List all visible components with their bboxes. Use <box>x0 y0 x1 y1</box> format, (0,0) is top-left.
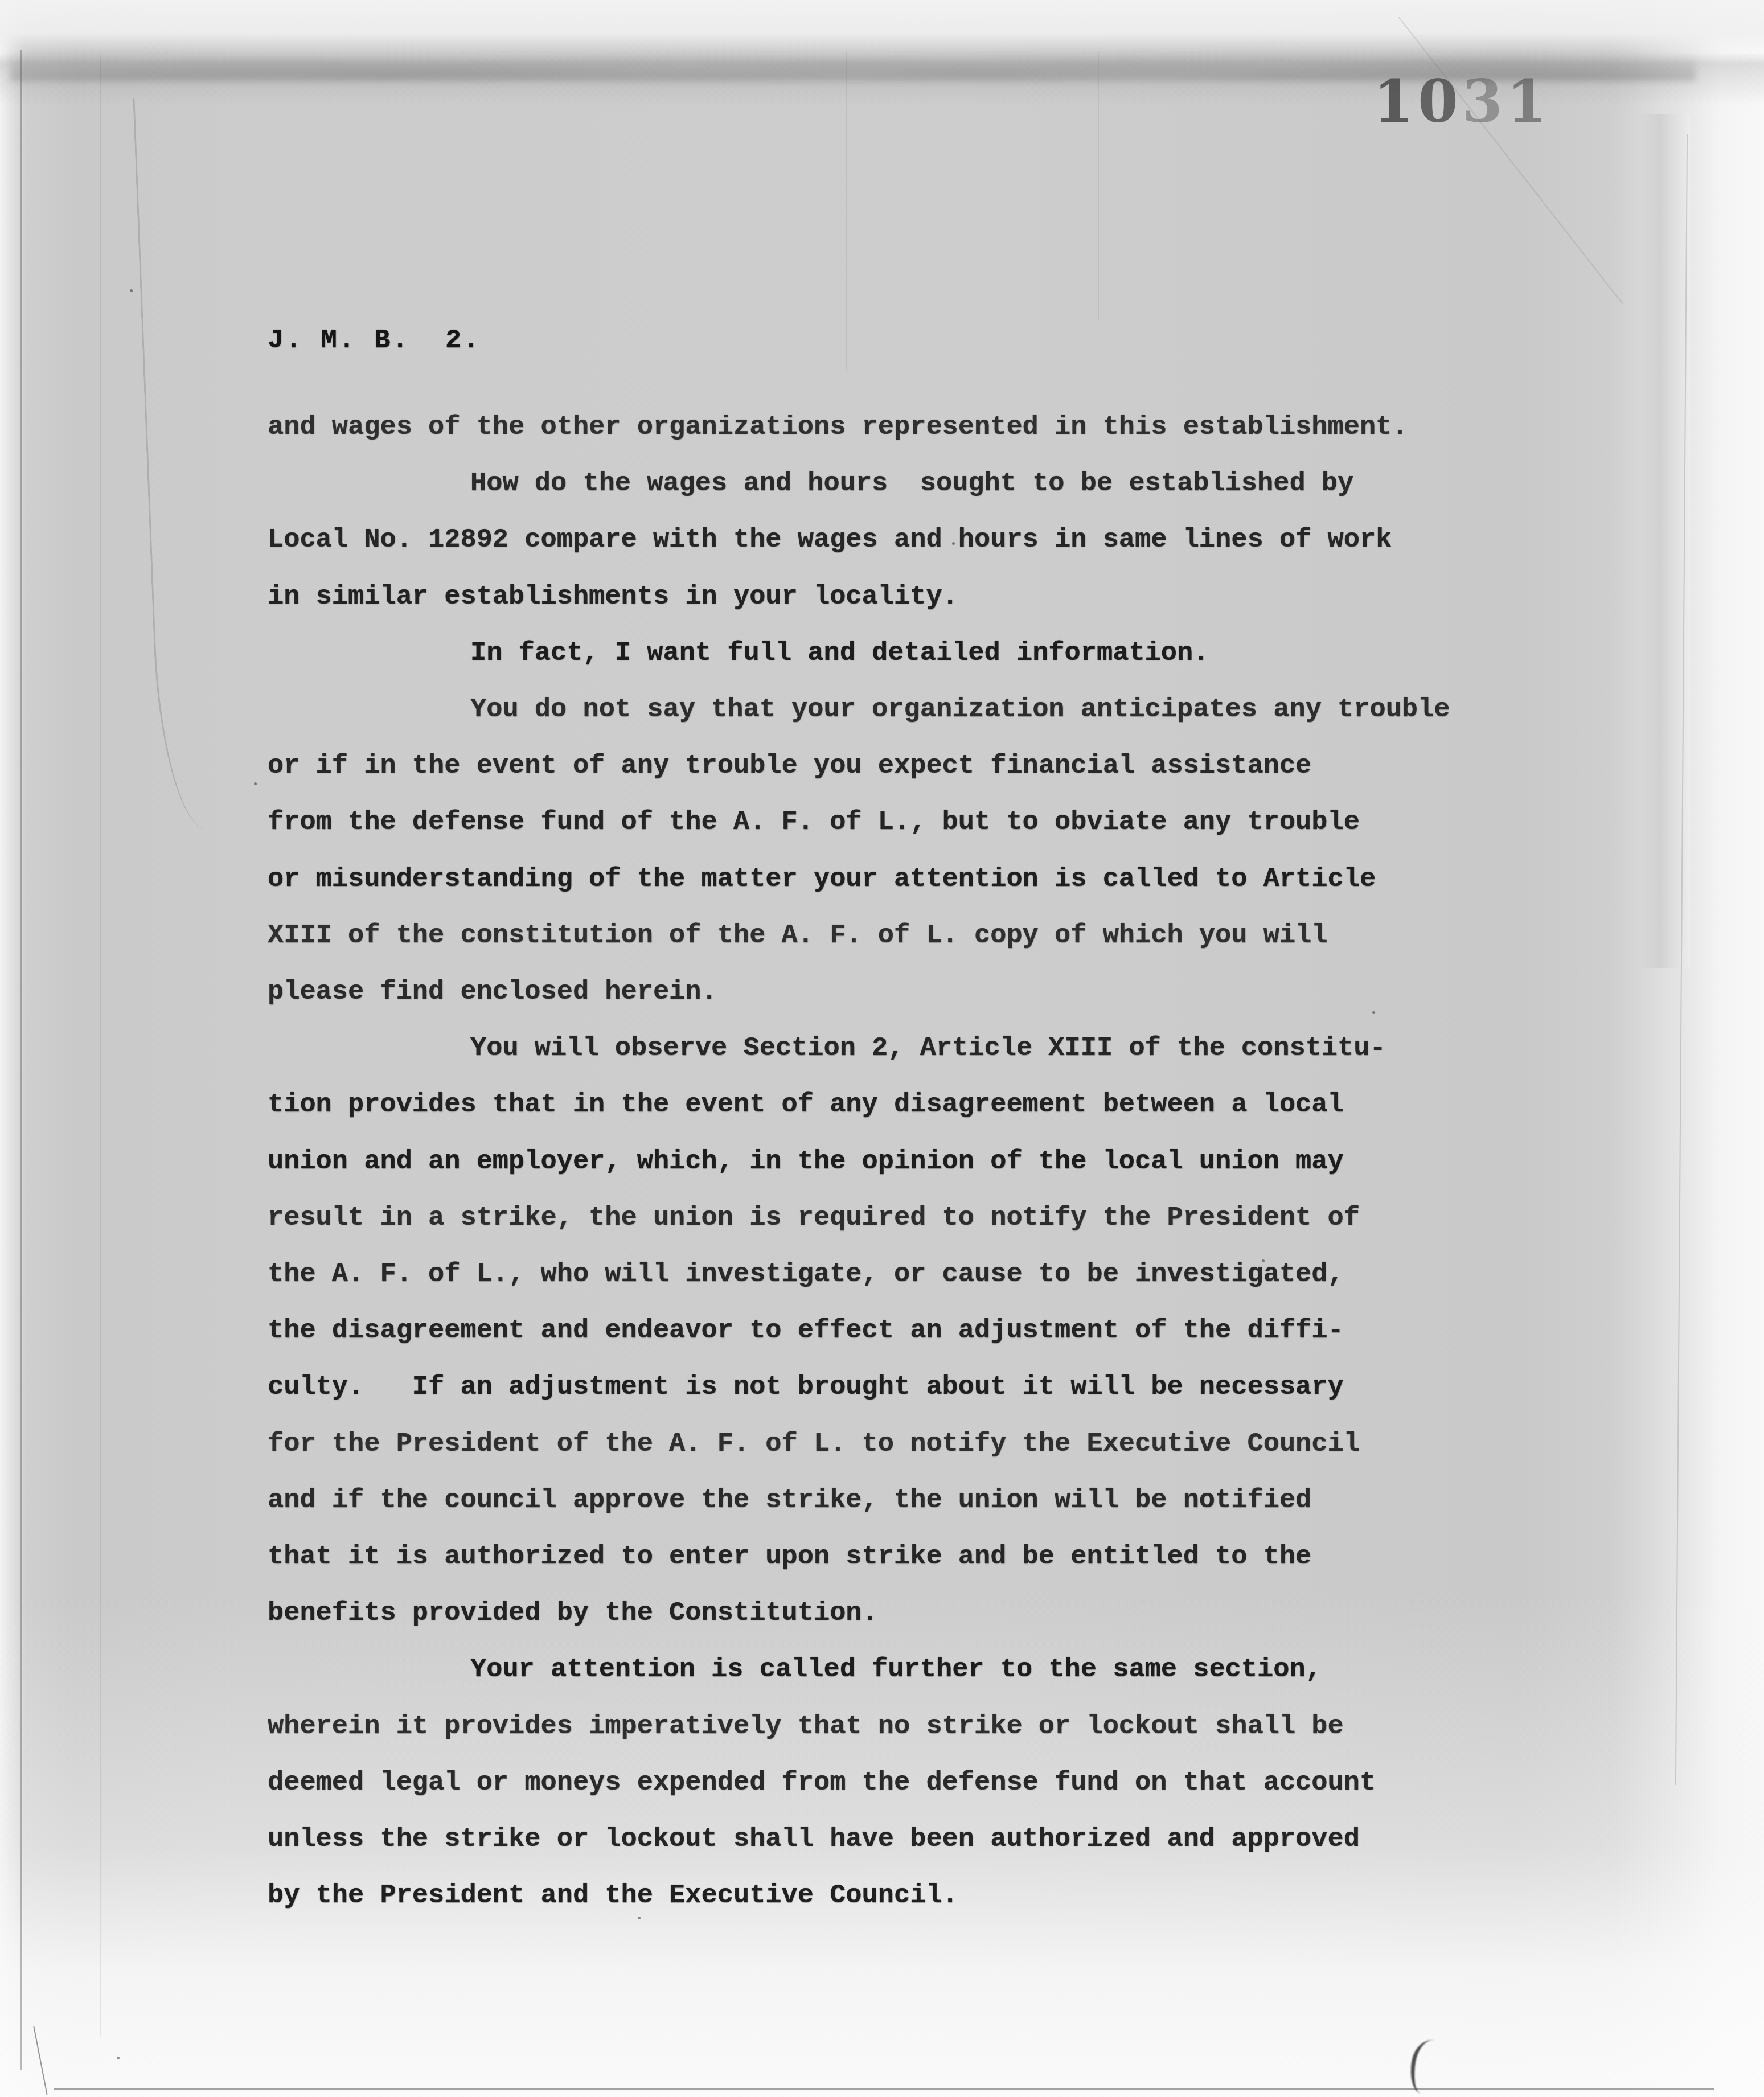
paper-speck <box>638 1917 641 1919</box>
left-edge-crease-faint <box>100 54 101 2036</box>
letter-line: in similar establishments in your locali… <box>268 584 958 610</box>
stamp-digit: 1 <box>1373 68 1418 136</box>
letter-line: Local No. 12892 compare with the wages a… <box>268 527 1392 553</box>
stamp-digit: 0 <box>1418 68 1462 136</box>
letter-line: culty. If an adjustment is not brought a… <box>268 1374 1344 1401</box>
letter-line: tion provides that in the event of any d… <box>268 1091 1344 1118</box>
letter-line: the A. F. of L., who will investigate, o… <box>268 1261 1344 1288</box>
paper-speck <box>130 289 133 292</box>
letter-line: that it is authorized to enter upon stri… <box>268 1544 1311 1570</box>
letter-heading: J. M. B. 2. <box>268 327 481 354</box>
letter-line: wherein it provides imperatively that no… <box>268 1713 1344 1740</box>
scanned-letter-page: 1031 J. M. B. 2. and wages of the other … <box>0 0 1764 2097</box>
letter-line: XIII of the constitution of the A. F. of… <box>268 922 1328 949</box>
letter-line: for the President of the A. F. of L. to … <box>268 1431 1360 1458</box>
left-edge-crease <box>20 50 22 2070</box>
letter-line: union and an employer, which, in the opi… <box>268 1148 1344 1175</box>
letter-line: In fact, I want full and detailed inform… <box>268 640 1209 667</box>
letter-line: and wages of the other organizations rep… <box>268 414 1408 441</box>
letter-line: result in a strike, the union is require… <box>268 1205 1360 1232</box>
letter-line: benefits provided by the Constitution. <box>268 1600 878 1627</box>
page-number-stamp: 1031 <box>1373 73 1551 131</box>
letter-line: You do not say that your organization an… <box>268 696 1450 723</box>
letter-line: and if the council approve the strike, t… <box>268 1487 1311 1514</box>
letter-line: You will observe Section 2, Article XIII… <box>268 1035 1386 1062</box>
letter-line: How do the wages and hours sought to be … <box>268 470 1353 497</box>
stamp-digit: 1 <box>1507 68 1551 136</box>
paper-speck <box>254 782 257 785</box>
letter-line: or if in the event of any trouble you ex… <box>268 753 1311 779</box>
paper-speck <box>117 2057 120 2059</box>
paper-speck <box>1372 1011 1375 1014</box>
letter-line: please find enclosed herein. <box>268 979 717 1006</box>
letter-line: the disagreement and endeavor to effect … <box>268 1318 1344 1344</box>
letter-line: from the defense fund of the A. F. of L.… <box>268 809 1360 836</box>
top-crease-b <box>1098 52 1099 320</box>
letter-line: deemed legal or moneys expended from the… <box>268 1770 1376 1796</box>
letter-line: by the President and the Executive Counc… <box>268 1882 958 1909</box>
top-crease-a <box>846 52 847 371</box>
letter-line: or misunderstanding of the matter your a… <box>268 866 1376 893</box>
letter-line: Your attention is called further to the … <box>268 1656 1322 1683</box>
letter-line: unless the strike or lockout shall have … <box>268 1826 1360 1853</box>
bottom-edge-line <box>54 2088 1714 2090</box>
stamp-digit: 3 <box>1462 68 1507 136</box>
